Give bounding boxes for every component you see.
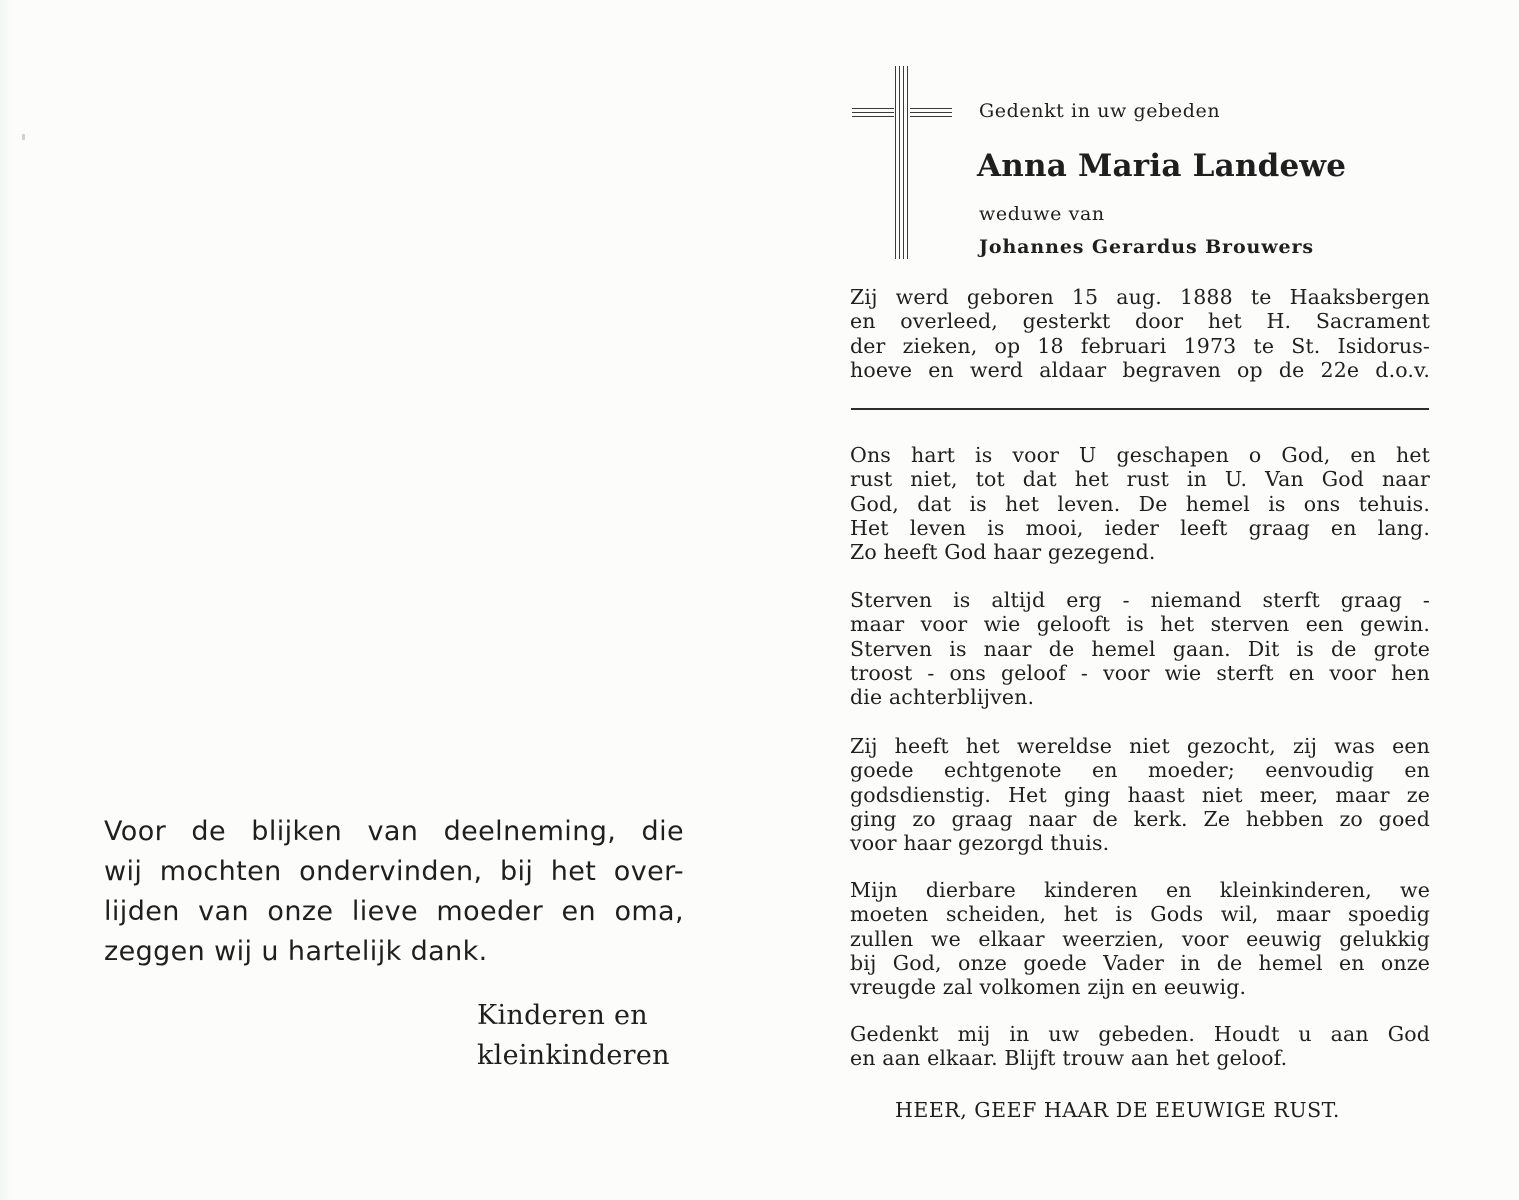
biography: Zij werd geboren 15 aug. 1888 te Haaksbe… xyxy=(850,285,1430,382)
text-line: Ons hart is voor U geschapen o God, en h… xyxy=(850,443,1430,467)
closing-prayer: HEER, GEEF HAAR DE EEUWIGE RUST. xyxy=(895,1098,1340,1122)
text-line: lijden van onze lieve moeder en oma, xyxy=(104,892,684,932)
text-line: rust niet, tot dat het rust in U. Van Go… xyxy=(850,467,1430,491)
meditation-3: Zij heeft het wereldse niet gezocht, zij… xyxy=(850,734,1430,855)
card-fold-shadow xyxy=(0,0,14,1200)
text-line: Sterven is naar de hemel gaan. Dit is de… xyxy=(850,637,1430,661)
text-line: bij God, onze goede Vader in de hemel en… xyxy=(850,951,1430,975)
text-line: moeten scheiden, het is Gods wil, maar s… xyxy=(850,902,1430,926)
thank-you-note: Voor de blijken van deelneming, diewij m… xyxy=(104,812,684,972)
text-line: goede echtgenote en moeder; eenvoudig en xyxy=(850,758,1430,782)
signature-line: Kinderen en xyxy=(477,996,670,1036)
prayer-request: Gedenkt in uw gebeden xyxy=(979,100,1220,122)
text-line: wij mochten ondervinden, bij het over- xyxy=(104,852,684,892)
text-line: God, dat is het leven. De hemel is ons t… xyxy=(850,492,1430,516)
text-line: en overleed, gesterkt door het H. Sacram… xyxy=(850,309,1430,333)
meditation-5: Gedenkt mij in uw gebeden. Houdt u aan G… xyxy=(850,1022,1430,1071)
text-line: zeggen wij u hartelijk dank. xyxy=(104,932,684,972)
paper-speck xyxy=(22,134,25,140)
text-line: Gedenkt mij in uw gebeden. Houdt u aan G… xyxy=(850,1022,1430,1046)
text-line: troost - ons geloof - voor wie sterft en… xyxy=(850,661,1430,685)
text-line: die achterblijven. xyxy=(850,685,1430,709)
text-line: Zij werd geboren 15 aug. 1888 te Haaksbe… xyxy=(850,285,1430,309)
text-line: zullen we elkaar weerzien, voor eeuwig g… xyxy=(850,927,1430,951)
deceased-name: Anna Maria Landewe xyxy=(977,148,1346,184)
spouse-name: Johannes Gerardus Brouwers xyxy=(979,236,1314,258)
text-line: Het leven is mooi, ieder leeft graag en … xyxy=(850,516,1430,540)
text-line: der zieken, op 18 februari 1973 te St. I… xyxy=(850,334,1430,358)
divider xyxy=(851,408,1429,410)
text-line: Sterven is altijd erg - niemand sterft g… xyxy=(850,588,1430,612)
text-line: vreugde zal volkomen zijn en eeuwig. xyxy=(850,975,1430,999)
text-line: Voor de blijken van deelneming, die xyxy=(104,812,684,852)
relation-label: weduwe van xyxy=(979,203,1105,225)
text-line: maar voor wie gelooft is het sterven een… xyxy=(850,612,1430,636)
text-line: Zo heeft God haar gezegend. xyxy=(850,540,1430,564)
text-line: Mijn dierbare kinderen en kleinkinderen,… xyxy=(850,878,1430,902)
text-line: voor haar gezorgd thuis. xyxy=(850,831,1430,855)
cross-icon xyxy=(850,66,954,262)
text-line: Zij heeft het wereldse niet gezocht, zij… xyxy=(850,734,1430,758)
signature: Kinderen en kleinkinderen xyxy=(477,996,670,1076)
text-line: ging zo graag naar de kerk. Ze hebben zo… xyxy=(850,807,1430,831)
meditation-4: Mijn dierbare kinderen en kleinkinderen,… xyxy=(850,878,1430,999)
meditation-2: Sterven is altijd erg - niemand sterft g… xyxy=(850,588,1430,709)
signature-line: kleinkinderen xyxy=(477,1036,670,1076)
text-line: godsdienstig. Het ging haast niet meer, … xyxy=(850,783,1430,807)
text-line: en aan elkaar. Blijft trouw aan het gelo… xyxy=(850,1046,1430,1070)
meditation-1: Ons hart is voor U geschapen o God, en h… xyxy=(850,443,1430,564)
text-line: hoeve en werd aldaar begraven op de 22e … xyxy=(850,358,1430,382)
